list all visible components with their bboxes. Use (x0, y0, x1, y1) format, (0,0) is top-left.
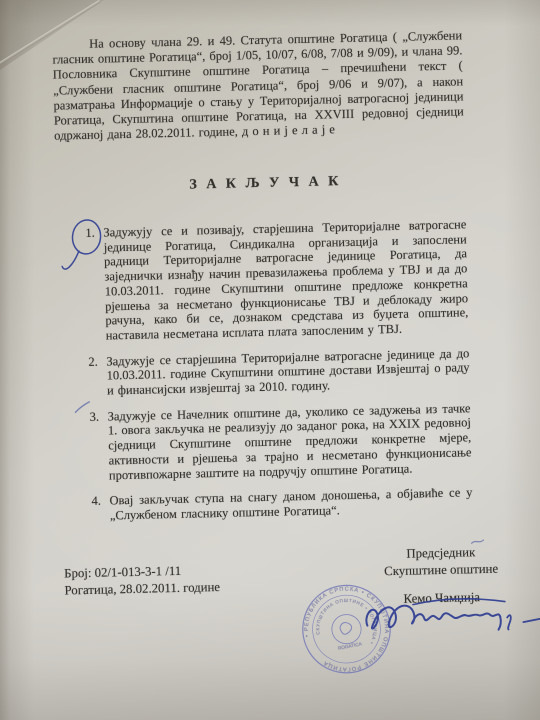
stamp-emblem (339, 621, 353, 635)
item-number: 2. (88, 354, 107, 399)
list-item: 2. Задужује се старјешина Територијалне … (88, 346, 470, 399)
intro-paragraph: На основу члана 29. и 49. Статута општин… (52, 28, 464, 144)
stamp-ring-text: СКУПШТИНА ОПШТИНЕ • РОГАТИЦА • (310, 592, 382, 656)
document-photo: На основу члана 29. и 49. Статута општин… (0, 0, 540, 720)
document-sheet: На основу члана 29. и 49. Статута општин… (0, 0, 540, 720)
item-text: Задужује се старјешина Територијалне ват… (106, 346, 470, 398)
signatory-name: Кемо Чамџија (373, 588, 511, 608)
svg-text:СКУПШТИНА ОПШТИНЕ • РОГАТИЦА •: СКУПШТИНА ОПШТИНЕ • РОГАТИЦА • (310, 592, 382, 656)
list-item: 1. Задужују се и позивају, старјешина Те… (85, 217, 469, 343)
reference-block: Број: 02/1-013-3-1 /11 Рогатица, 28.02.2… (64, 562, 220, 599)
decision-title: З А К Љ У Ч А К (55, 171, 475, 197)
item-text: Овај закључак ступа на снагу даном донош… (109, 485, 473, 523)
signature-block: Предсједник Скупштине општине Кемо Чамџи… (372, 543, 511, 608)
decision-items: 1. Задужују се и позивају, старјешина Те… (85, 217, 473, 534)
item-text: Задужују се и позивају, старјешина Терит… (103, 217, 469, 343)
stamp-center-text: ROGATICA (338, 641, 364, 651)
signatory-role-line2: Скупштине општине (372, 560, 510, 580)
place-date: Рогатица, 28.02.2011. године (64, 578, 220, 598)
item-number: 4. (91, 494, 110, 524)
list-item: 4. Овај закључак ступа на снагу даном до… (91, 485, 473, 523)
item-text: Задужује се Начелник општине да, уколико… (107, 401, 472, 483)
item-number: 3. (89, 409, 109, 483)
list-item: 3. Задужује се Начелник општине да, укол… (89, 401, 472, 483)
intro-spaced-text: д о н и ј е л а ј е (242, 122, 335, 138)
